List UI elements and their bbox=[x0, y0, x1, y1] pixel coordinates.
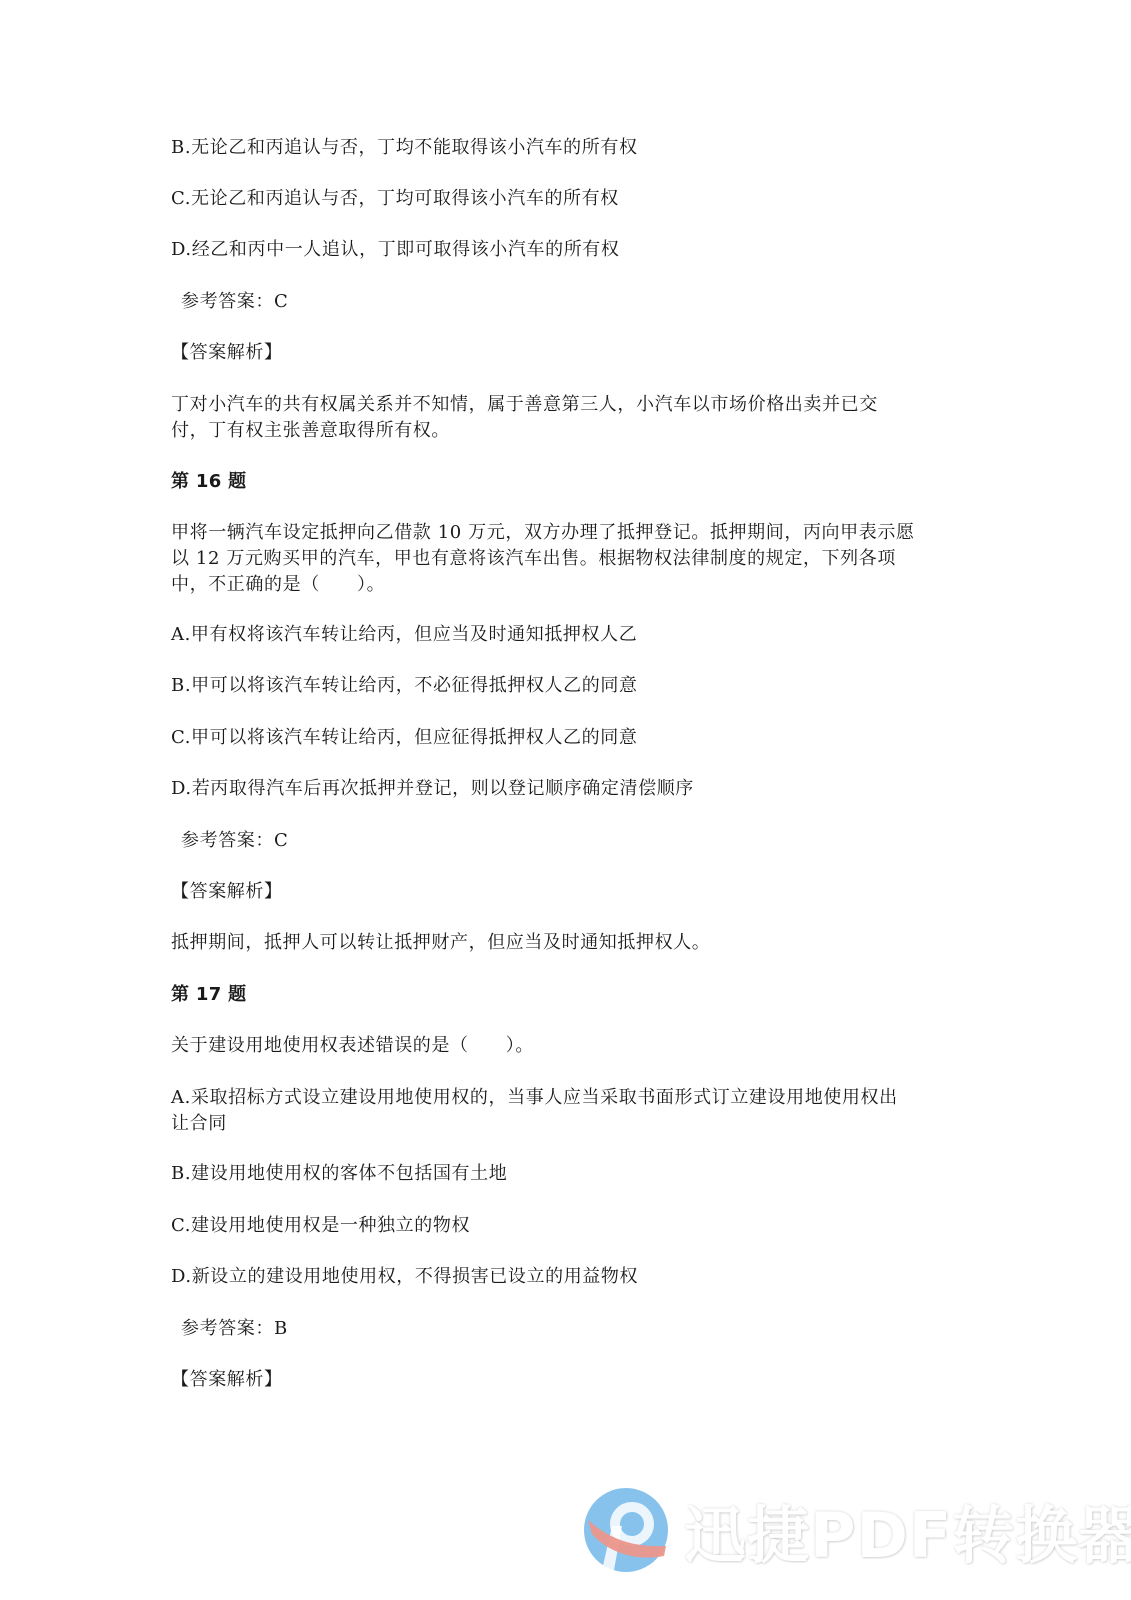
q17-option-a-line-2: 让合同 bbox=[171, 1111, 961, 1137]
q15-analysis-label: 【答案解析】 bbox=[171, 340, 283, 366]
q17-answer: 参考答案：B bbox=[181, 1316, 288, 1342]
q16-stem-line-2: 以 12 万元购买甲的汽车，甲也有意将该汽车出售。根据物权法律制度的规定，下列各… bbox=[171, 546, 961, 572]
q15-option-c: C.无论乙和丙追认与否，丁均可取得该小汽车的所有权 bbox=[171, 186, 619, 212]
q17-option-a-line-1: A.采取招标方式设立建设用地使用权的，当事人应当采取书面形式订立建设用地使用权出 bbox=[171, 1085, 961, 1111]
q15-analysis-line-1: 丁对小汽车的共有权属关系并不知情，属于善意第三人，小汽车以市场价格出卖并已交 bbox=[171, 392, 961, 418]
q16-answer: 参考答案：C bbox=[181, 828, 288, 854]
q16-stem: 甲将一辆汽车设定抵押向乙借款 10 万元，双方办理了抵押登记。抵押期间，丙向甲表… bbox=[171, 520, 961, 598]
q15-answer: 参考答案：C bbox=[181, 289, 288, 315]
pdf-converter-logo-icon bbox=[582, 1486, 670, 1574]
q16-option-a: A.甲有权将该汽车转让给丙，但应当及时通知抵押权人乙 bbox=[171, 622, 637, 648]
q17-analysis-label: 【答案解析】 bbox=[171, 1367, 283, 1393]
q17-option-b: B.建设用地使用权的客体不包括国有土地 bbox=[171, 1161, 507, 1187]
document-page: B.无论乙和丙追认与否，丁均不能取得该小汽车的所有权 C.无论乙和丙追认与否，丁… bbox=[0, 0, 1131, 1600]
q15-analysis-text: 丁对小汽车的共有权属关系并不知情，属于善意第三人，小汽车以市场价格出卖并已交 付… bbox=[171, 392, 961, 444]
q16-analysis-text: 抵押期间，抵押人可以转让抵押财产，但应当及时通知抵押权人。 bbox=[171, 930, 961, 956]
q16-option-d: D.若丙取得汽车后再次抵押并登记，则以登记顺序确定清偿顺序 bbox=[171, 776, 694, 802]
q17-option-a: A.采取招标方式设立建设用地使用权的，当事人应当采取书面形式订立建设用地使用权出… bbox=[171, 1085, 961, 1137]
q16-analysis-label: 【答案解析】 bbox=[171, 879, 283, 905]
q16-option-c: C.甲可以将该汽车转让给丙，但应征得抵押权人乙的同意 bbox=[171, 725, 637, 751]
q16-option-b: B.甲可以将该汽车转让给丙，不必征得抵押权人乙的同意 bbox=[171, 673, 638, 699]
q17-stem: 关于建设用地使用权表述错误的是（ ）。 bbox=[171, 1033, 534, 1059]
q16-analysis-line-1: 抵押期间，抵押人可以转让抵押财产，但应当及时通知抵押权人。 bbox=[171, 930, 961, 956]
q15-analysis-line-2: 付，丁有权主张善意取得所有权。 bbox=[171, 418, 961, 444]
q17-option-c: C.建设用地使用权是一种独立的物权 bbox=[171, 1213, 470, 1239]
q16-stem-line-3: 中，不正确的是（ ）。 bbox=[171, 572, 961, 598]
q16-title: 第 16 题 bbox=[171, 469, 246, 495]
q17-option-d: D.新设立的建设用地使用权，不得损害已设立的用益物权 bbox=[171, 1264, 638, 1290]
q15-option-b: B.无论乙和丙追认与否，丁均不能取得该小汽车的所有权 bbox=[171, 135, 638, 161]
q15-option-d: D.经乙和丙中一人追认，丁即可取得该小汽车的所有权 bbox=[171, 237, 620, 263]
q16-stem-line-1: 甲将一辆汽车设定抵押向乙借款 10 万元，双方办理了抵押登记。抵押期间，丙向甲表… bbox=[171, 520, 961, 546]
q17-title: 第 17 题 bbox=[171, 982, 246, 1008]
watermark: 迅捷PDF转换器 bbox=[582, 1484, 1131, 1576]
watermark-text: 迅捷PDF转换器 bbox=[684, 1486, 1131, 1575]
